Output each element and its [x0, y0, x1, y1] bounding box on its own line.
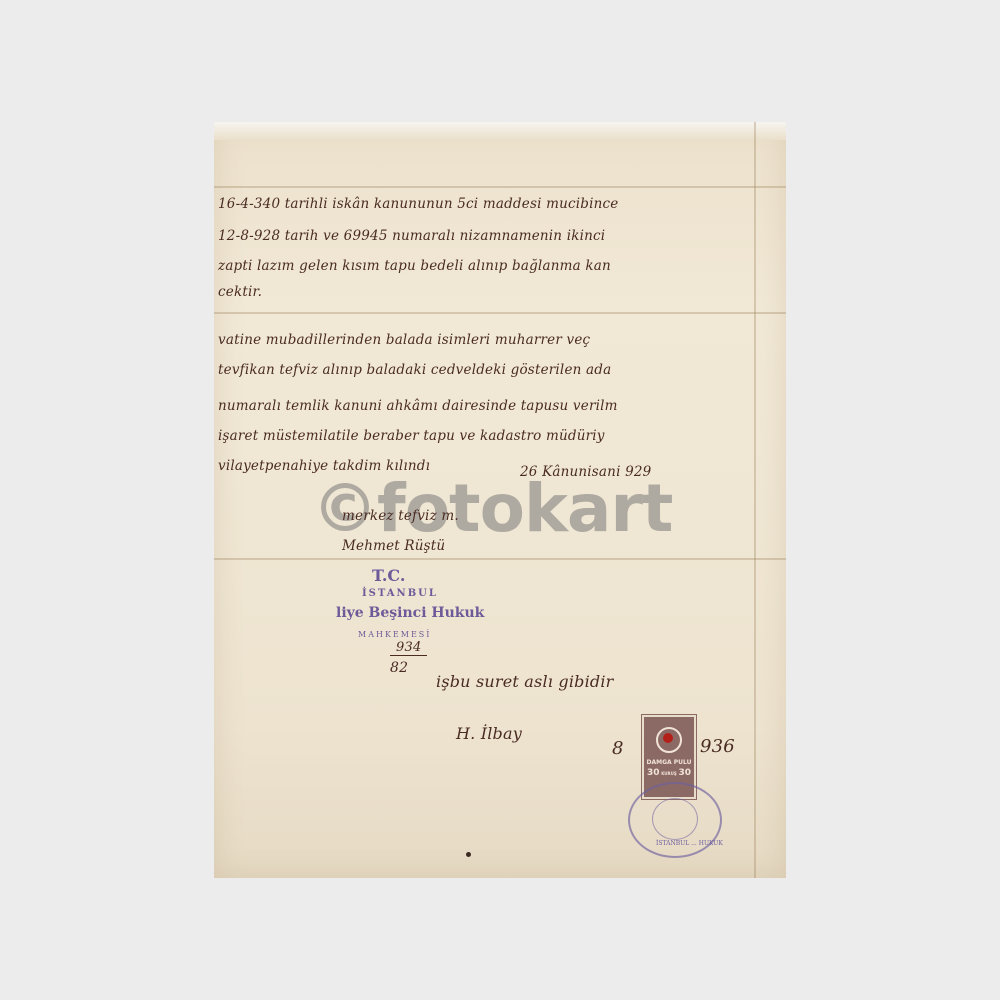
revenue-stamp-value-right: 30 [678, 768, 691, 778]
handwritten-line: numaralı temlik kanuni ahkâmı dairesinde… [218, 398, 618, 414]
round-seal-text: İSTANBUL ... HUKUK [656, 840, 723, 847]
fold-line-vertical [754, 122, 756, 878]
round-seal: İSTANBUL ... HUKUK [628, 782, 722, 858]
paper-top-edge [214, 122, 786, 140]
certification-text: işbu suret aslı gibidir [436, 672, 614, 691]
reference-number-top: 934 [390, 640, 427, 656]
reference-number-bottom: 82 [390, 660, 408, 676]
court-stamp-mahkeme: MAHKEMESİ [358, 630, 431, 639]
ink-dot [466, 852, 471, 857]
handwritten-line: 16-4-340 tarihli iskân kanununun 5ci mad… [218, 196, 618, 212]
fold-line [214, 558, 786, 560]
revenue-stamp-label: DAMGA PULU [644, 759, 694, 766]
signature-title: merkez tefviz m. [342, 508, 459, 524]
certifier-signature: H. İlbay [456, 724, 522, 743]
date-1936-year: 936 [700, 736, 735, 757]
court-stamp-court: liye Beşinci Hukuk [336, 605, 484, 621]
handwritten-line: 12-8-928 tarih ve 69945 numaralı nizamna… [218, 228, 605, 244]
fold-line [214, 312, 786, 314]
signature-name: Mehmet Rüştü [342, 538, 445, 554]
handwritten-line: işaret müstemilatile beraber tapu ve kad… [218, 428, 605, 444]
fold-line [214, 186, 786, 188]
court-stamp-tc: T.C. [372, 566, 405, 585]
court-stamp-city: İSTANBUL [362, 588, 438, 599]
revenue-stamp-value-left: 30 [647, 768, 660, 778]
revenue-stamp-unit: KURUŞ [661, 771, 677, 776]
crescent-star-icon [656, 727, 682, 753]
date-1936-day: 8 [612, 738, 624, 759]
seal-crescent-icon [652, 798, 698, 840]
handwritten-line: cektir. [218, 284, 262, 300]
handwritten-line: tevfikan tefviz alınıp baladaki cedvelde… [218, 362, 611, 378]
handwritten-line: zapti lazım gelen kısım tapu bedeli alın… [218, 258, 611, 274]
handwritten-line: vatine mubadillerinden balada isimleri m… [218, 332, 590, 348]
